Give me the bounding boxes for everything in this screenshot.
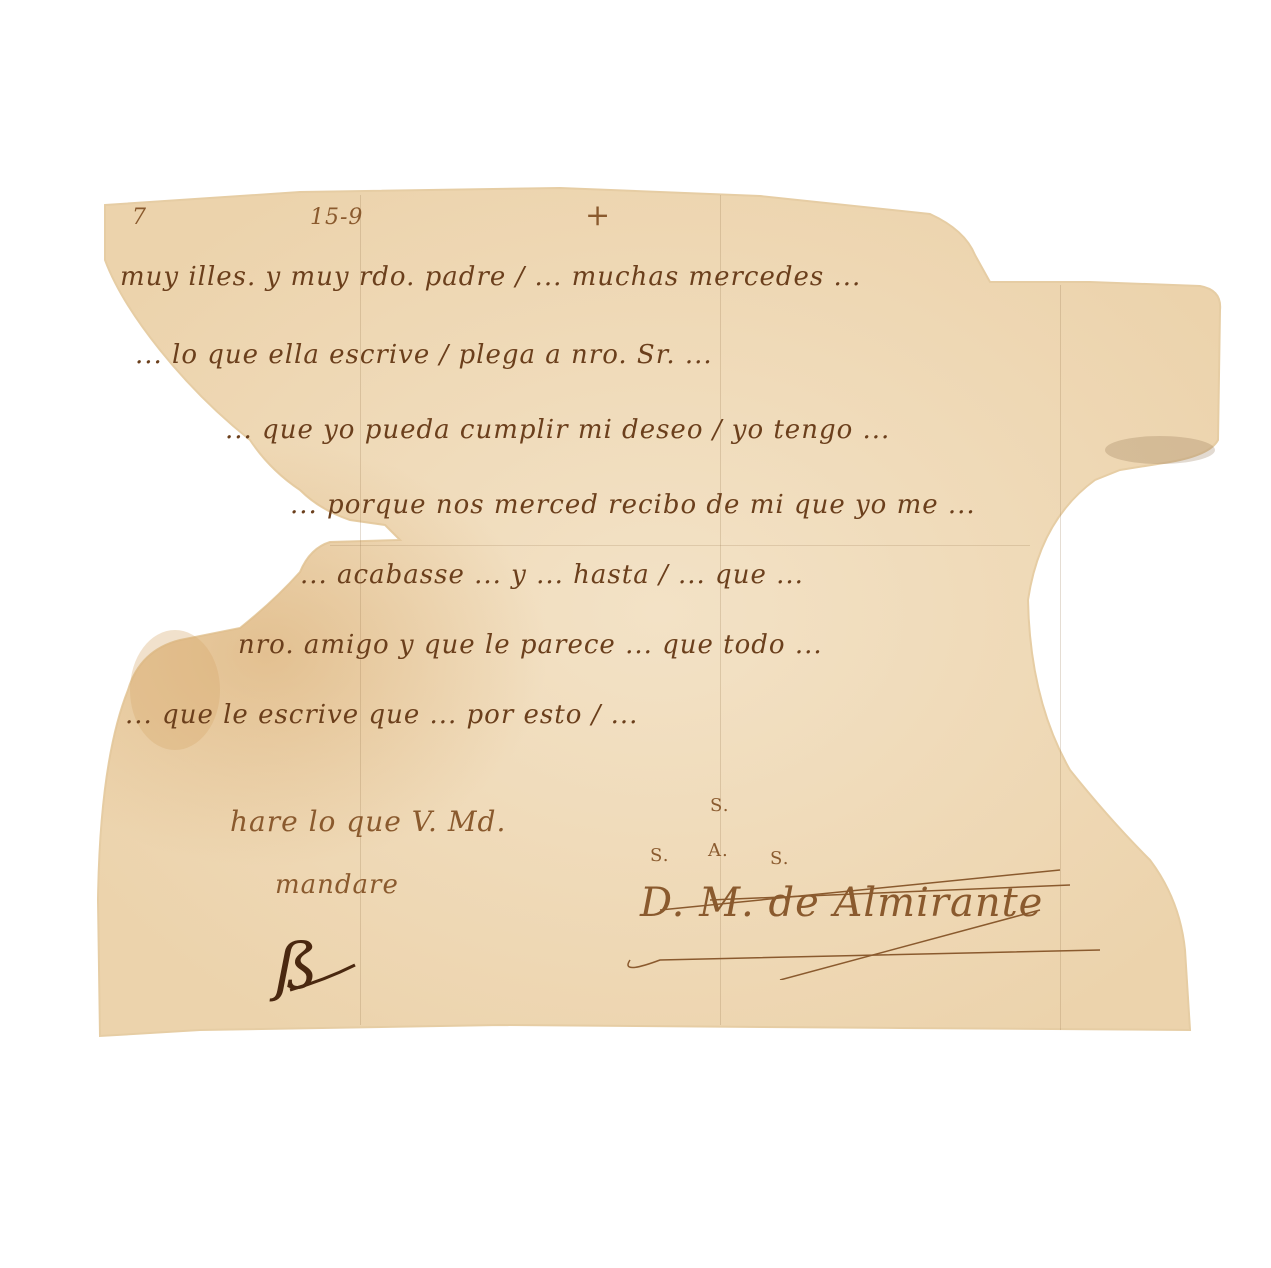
body-line-3: ... que yo pueda cumplir mi deseo / yo t… <box>225 415 890 445</box>
cross-mark: + <box>585 198 611 233</box>
body-line-1: muy illes. y muy rdo. padre / ... muchas… <box>120 262 861 292</box>
corner-mark: 7 <box>132 205 147 230</box>
closing-line-2: mandare <box>275 870 399 900</box>
fold-line-horizontal <box>330 545 1030 546</box>
signature-rubric-icon <box>620 850 1120 980</box>
body-line-7: ... que le escrive que ... por esto / ..… <box>125 700 638 730</box>
monogram-stroke-icon <box>285 960 365 1000</box>
folio-number: 15-9 <box>310 205 363 230</box>
fold-line-left <box>360 195 361 1025</box>
document-scan: 7 15-9 + muy illes. y muy rdo. padre / .… <box>0 0 1271 1268</box>
body-line-2: ... lo que ella escrive / plega a nro. S… <box>135 340 713 370</box>
body-line-6: nro. amigo y que le parece ... que todo … <box>238 630 823 660</box>
closing-line-1: hare lo que V. Md. <box>230 805 506 838</box>
body-line-5: ... acabasse ... y ... hasta / ... que .… <box>300 560 804 590</box>
courtesy-mark-top: S. <box>710 795 729 816</box>
body-line-4: ... porque nos merced recibo de mi que y… <box>290 490 976 520</box>
